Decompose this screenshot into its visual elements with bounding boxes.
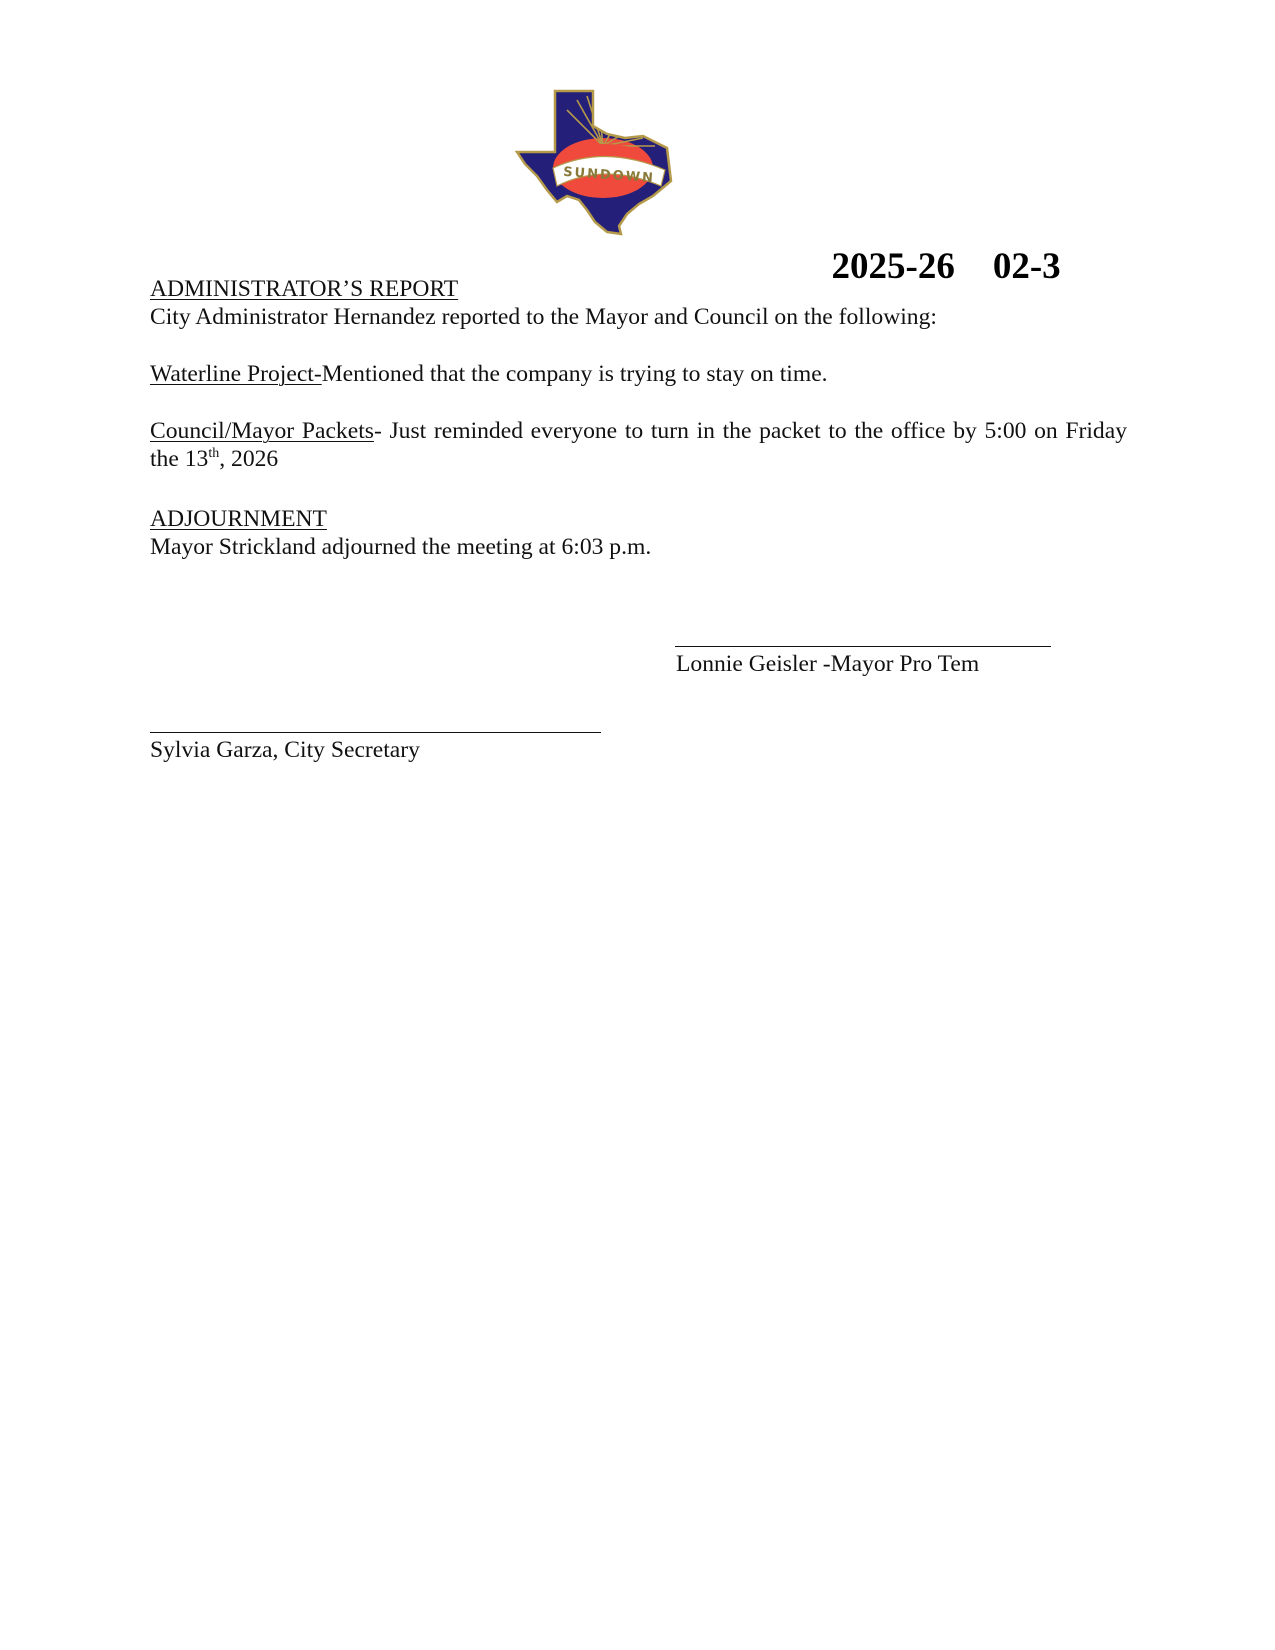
signature-name-mayor-pro-tem: Lonnie Geisler -Mayor Pro Tem (676, 650, 979, 678)
signature-line-mayor-pro-tem (675, 646, 1051, 647)
section-heading-adjournment: ADJOURNMENT (150, 505, 327, 533)
signature-line-secretary (150, 732, 601, 733)
report-item-label: Council/Mayor Packets (150, 418, 374, 444)
report-item-waterline: Waterline Project-Mentioned that the com… (150, 360, 1127, 388)
adjournment-section: ADJOURNMENT Mayor Strickland adjourned t… (150, 505, 1127, 561)
administrators-report-section: ADMINISTRATOR’S REPORT City Administrato… (150, 275, 1127, 331)
admin-report-intro: City Administrator Hernandez reported to… (150, 303, 1127, 331)
report-item-text-end: , 2026 (219, 446, 278, 472)
texas-state-sun-logo-icon: SUNDOWN (515, 86, 680, 236)
section-heading-admin-report: ADMINISTRATOR’S REPORT (150, 275, 458, 303)
report-item-text: Mentioned that the company is trying to … (322, 361, 828, 387)
adjournment-text: Mayor Strickland adjourned the meeting a… (150, 533, 1127, 561)
report-item-label: Waterline Project- (150, 361, 322, 387)
ordinal-suffix: th (208, 446, 219, 461)
city-logo: SUNDOWN (515, 86, 680, 236)
report-item-packets: Council/Mayor Packets- Just reminded eve… (150, 417, 1127, 473)
signature-name-secretary: Sylvia Garza, City Secretary (150, 736, 420, 764)
